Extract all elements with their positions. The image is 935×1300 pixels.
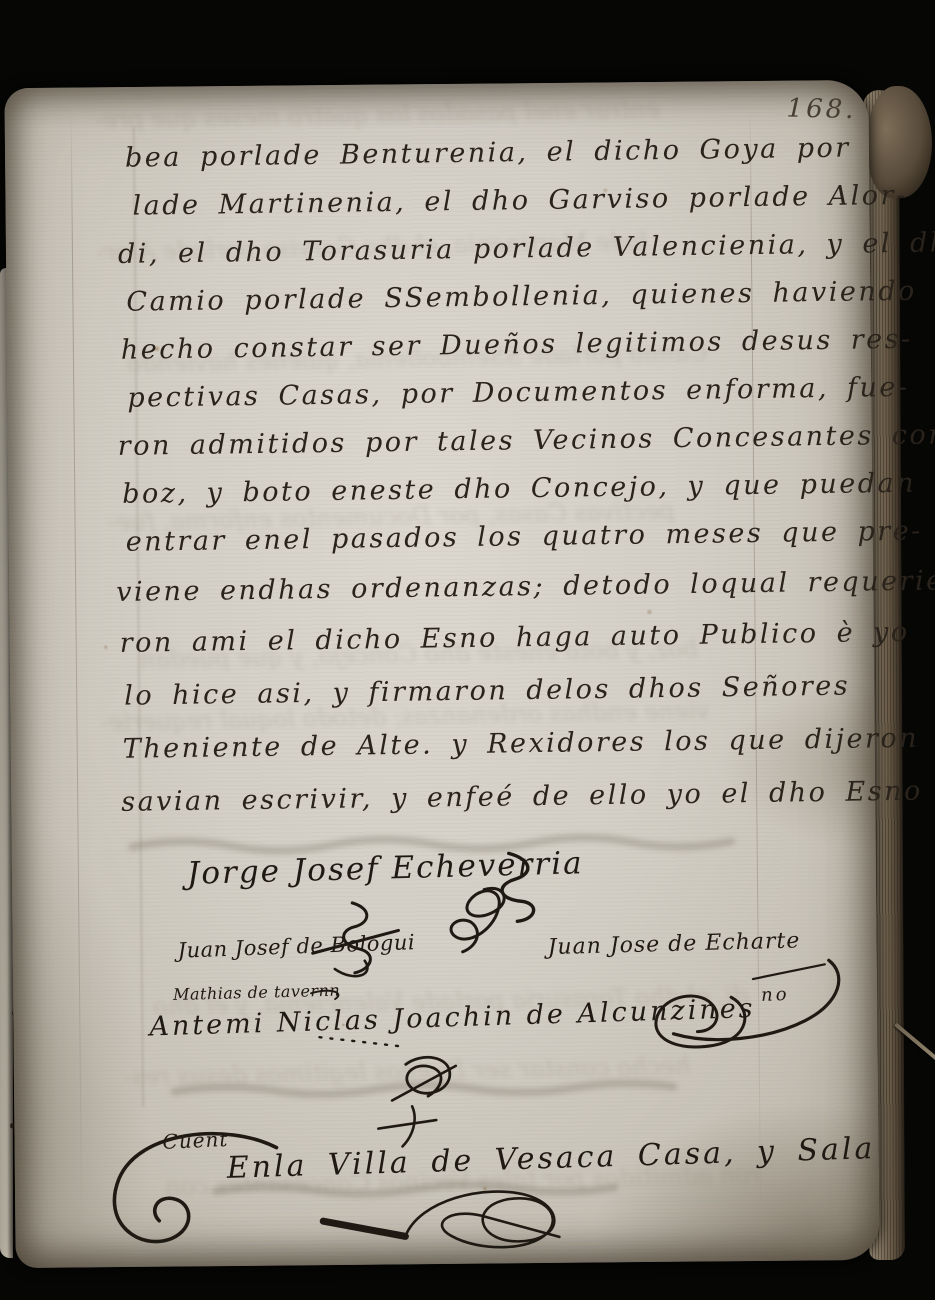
manuscript-scan: 168. entrar enel pasados los quatro mese… — [0, 0, 935, 1300]
rubric-cross-mark — [378, 1120, 436, 1129]
manuscript-page: 168. entrar enel pasados los quatro mese… — [4, 80, 879, 1268]
rubric-flourish-loop8 — [451, 888, 505, 952]
notary-attestation-superscript: no — [761, 984, 790, 1006]
notary-superscript-strike — [753, 964, 825, 979]
rubric-flourish-bottom — [405, 1191, 560, 1248]
rubric-flourish-bottom — [323, 1220, 405, 1237]
rubric-cross-mark — [402, 1106, 415, 1146]
margin-note: Cuent — [162, 1127, 229, 1154]
notary-dotted-marks — [319, 1036, 401, 1047]
